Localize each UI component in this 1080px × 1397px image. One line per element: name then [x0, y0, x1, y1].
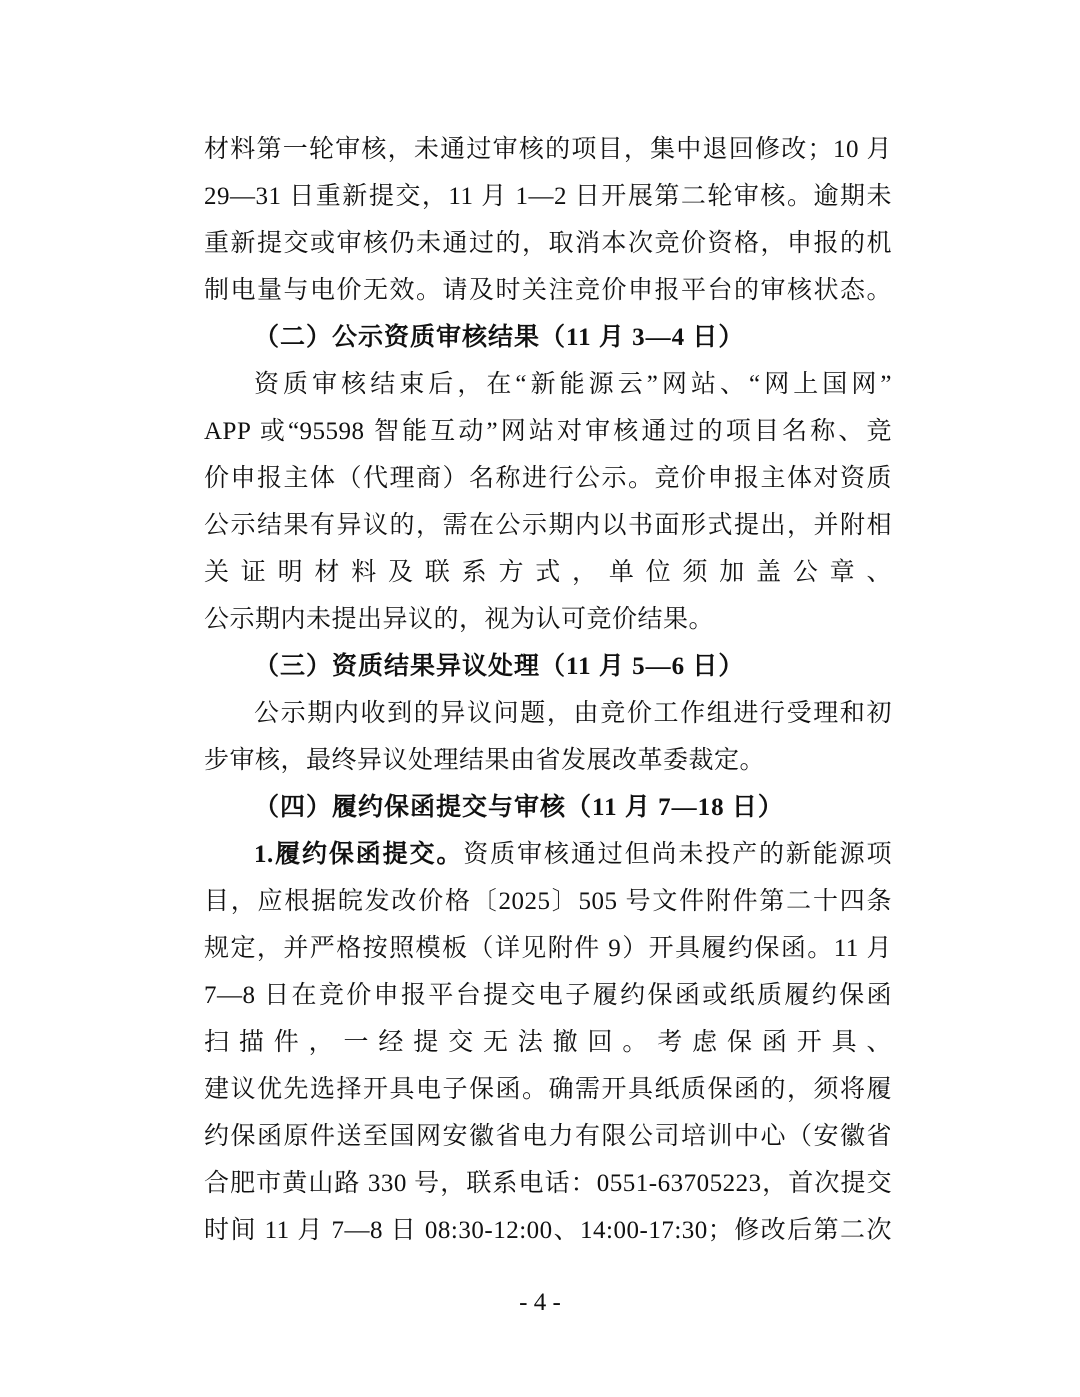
paragraph-line: 材料第一轮审核，未通过审核的项目，集中退回修改；10 月 [204, 126, 892, 173]
paragraph-line: 资质审核结束后，在“新能源云”网站、“网上国网” [204, 361, 892, 408]
paragraph-line: 规定，并严格按照模板（详见附件 9）开具履约保函。11 月 [204, 925, 892, 972]
paragraph-line: 步审核，最终异议处理结果由省发展改革委裁定。 [204, 737, 892, 784]
paragraph-line: 合肥市黄山路 330 号，联系电话：0551-63705223，首次提交 [204, 1160, 892, 1207]
paragraph-line: 制电量与电价无效。请及时关注竞价申报平台的审核状态。 [204, 267, 892, 314]
paragraph-line: APP 或“95598 智能互动”网站对审核通过的项目名称、竞 [204, 408, 892, 455]
paragraph-line: 1.履约保函提交。资质审核通过但尚未投产的新能源项 [204, 831, 892, 878]
section-heading-4: （四）履约保函提交与审核（11 月 7—18 日） [204, 784, 892, 831]
paragraph-line: 公示结果有异议的，需在公示期内以书面形式提出，并附相 [204, 502, 892, 549]
paragraph-line: 关证明材料及联系方式，单位须加盖公章、个人须签字确认。 [204, 549, 892, 596]
list-item-label: 1.履约保函提交。 [254, 841, 463, 868]
paragraph-line: 建议优先选择开具电子保函。确需开具纸质保函的，须将履 [204, 1066, 892, 1113]
section-heading-3: （三）资质结果异议处理（11 月 5—6 日） [204, 643, 892, 690]
paragraph-line: 重新提交或审核仍未通过的，取消本次竞价资格，申报的机 [204, 220, 892, 267]
paragraph-line: 目，应根据皖发改价格〔2025〕505 号文件附件第二十四条 [204, 878, 892, 925]
paragraph-text: 资质审核通过但尚未投产的新能源项 [463, 841, 892, 868]
paragraph-line: 时间 11 月 7—8 日 08:30-12:00、14:00-17:30；修改… [204, 1207, 892, 1254]
paragraph-line: 29—31 日重新提交，11 月 1—2 日开展第二轮审核。逾期未 [204, 173, 892, 220]
paragraph-line: 7—8 日在竞价申报平台提交电子履约保函或纸质履约保函 [204, 972, 892, 1019]
page-number: - 4 - [0, 1285, 1080, 1321]
paragraph-line: 公示期内未提出异议的，视为认可竞价结果。 [204, 596, 892, 643]
document-text-block: 材料第一轮审核，未通过审核的项目，集中退回修改；10 月 29—31 日重新提交… [204, 126, 892, 1254]
paragraph-line: 公示期内收到的异议问题，由竞价工作组进行受理和初 [204, 690, 892, 737]
paragraph-line: 约保函原件送至国网安徽省电力有限公司培训中心（安徽省 [204, 1113, 892, 1160]
paragraph-line: 扫描件，一经提交无法撤回。考虑保函开具、提交的便利性， [204, 1019, 892, 1066]
section-heading-2: （二）公示资质审核结果（11 月 3—4 日） [204, 314, 892, 361]
paragraph-line: 价申报主体（代理商）名称进行公示。竞价申报主体对资质 [204, 455, 892, 502]
document-page: 材料第一轮审核，未通过审核的项目，集中退回修改；10 月 29—31 日重新提交… [0, 0, 1080, 1397]
